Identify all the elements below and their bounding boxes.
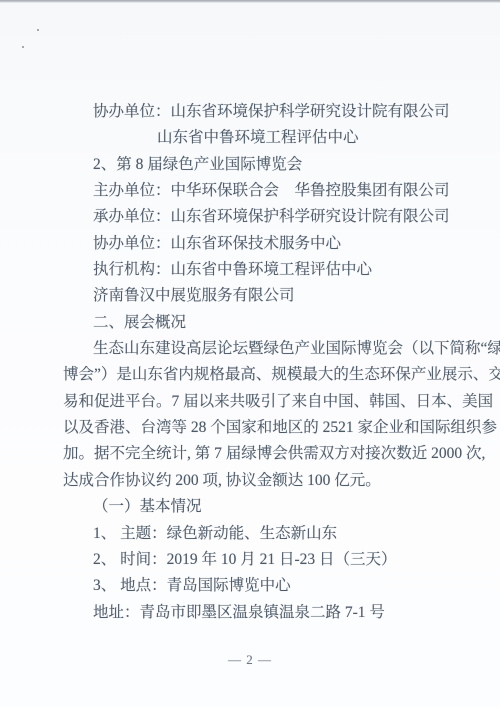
subsection-heading-basics: （一）基本情况: [63, 494, 439, 520]
document-body: 协办单位：山东省环境保护科学研究设计院有限公司 山东省中鲁环境工程评估中心 2、…: [63, 99, 439, 626]
doc-line-co-organizer: 协办单位：山东省环境保护科学研究设计院有限公司: [63, 99, 439, 125]
paragraph-line: 易和促进平台。7 届以来共吸引了来自中国、韩国、日本、美国: [63, 389, 439, 415]
paragraph-line: 以及香港、台湾等 28 个国家和地区的 2521 家企业和国际组织参: [63, 415, 439, 441]
doc-line-expo-title: 2、第 8 届绿色产业国际博览会: [63, 152, 439, 178]
paragraph-line: 生态山东建设高层论坛暨绿色产业国际博览会（以下简称“绿: [63, 336, 439, 362]
scan-speck: [22, 46, 24, 48]
paragraph-line: 达成合作协议约 200 项, 协议金额达 100 亿元。: [63, 468, 439, 494]
doc-line-co-organizer-cont: 山东省中鲁环境工程评估中心: [63, 125, 439, 151]
paragraph-line: 博会”）是山东省内规格最高、规模最大的生态环保产业展示、交: [63, 362, 439, 388]
doc-line-undertaker: 承办单位：山东省环境保护科学研究设计院有限公司: [63, 204, 439, 230]
document-page: 协办单位：山东省环境保护科学研究设计院有限公司 山东省中鲁环境工程评估中心 2、…: [0, 0, 500, 707]
scan-speck: [37, 29, 39, 31]
doc-line-executor: 执行机构：山东省中鲁环境工程评估中心: [63, 257, 439, 283]
doc-line-executor-cont: 济南鲁汉中展览服务有限公司: [63, 283, 439, 309]
section-heading-overview: 二、展会概况: [63, 310, 439, 336]
doc-line-host: 主办单位：中华环保联合会 华鲁控股集团有限公司: [63, 178, 439, 204]
doc-line-theme: 1、 主题：绿色新动能、生态新山东: [63, 521, 439, 547]
paragraph-line: 加。据不完全统计, 第 7 届绿博会供需双方对接次数近 2000 次,: [63, 441, 439, 467]
doc-line-venue: 3、 地点：青岛国际博览中心: [63, 573, 439, 599]
scan-edge: [0, 0, 500, 3]
doc-line-co-organizer-2: 协办单位：山东省环保技术服务中心: [63, 231, 439, 257]
doc-line-time: 2、 时间：2019 年 10 月 21 日-23 日（三天）: [63, 547, 439, 573]
doc-line-address: 地址：青岛市即墨区温泉镇温泉二路 7-1 号: [63, 600, 439, 626]
page-number: — 2 —: [0, 652, 500, 668]
